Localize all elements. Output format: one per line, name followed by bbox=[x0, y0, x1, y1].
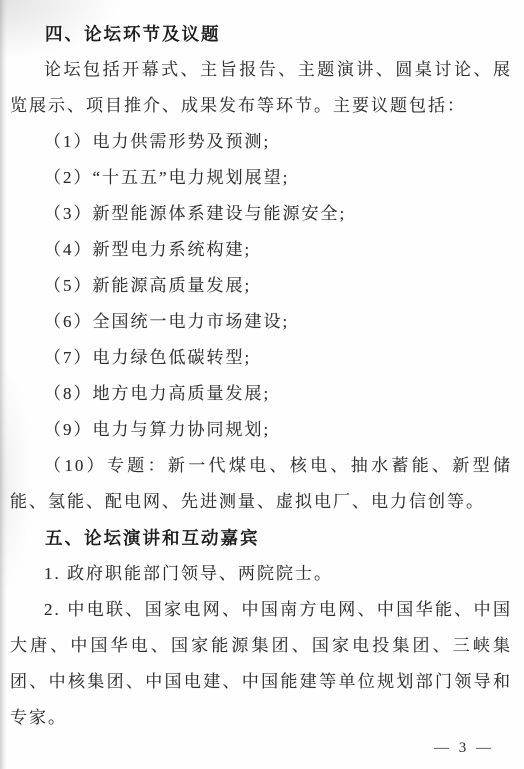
page-number: — 3 — bbox=[434, 740, 494, 757]
guest-item-1: 1. 政府职能部门领导、两院院士。 bbox=[10, 556, 512, 592]
topic-item-1: （1）电力供需形势及预测; bbox=[10, 124, 512, 160]
topic-item-9: （9）电力与算力协同规划; bbox=[10, 412, 512, 448]
section-heading-forum-guests: 五、论坛演讲和互动嘉宾 bbox=[10, 520, 512, 556]
topic-item-3: （3）新型能源体系建设与能源安全; bbox=[10, 196, 512, 232]
topic-item-6: （6）全国统一电力市场建设; bbox=[10, 304, 512, 340]
topic-item-7: （7）电力绿色低碳转型; bbox=[10, 340, 512, 376]
topic-item-2: （2）“十五五”电力规划展望; bbox=[10, 160, 512, 196]
guest-item-2: 2. 中电联、国家电网、中国南方电网、中国华能、中国大唐、中国华电、国家能源集团… bbox=[10, 592, 512, 736]
topic-item-10: （10）专题：新一代煤电、核电、抽水蓄能、新型储能、氢能、配电网、先进测量、虚拟… bbox=[10, 448, 512, 520]
section-heading-forum-topics: 四、论坛环节及议题 bbox=[10, 16, 512, 52]
topic-item-5: （5）新能源高质量发展; bbox=[10, 268, 512, 304]
topic-item-4: （4）新型电力系统构建; bbox=[10, 232, 512, 268]
topic-item-8: （8）地方电力高质量发展; bbox=[10, 376, 512, 412]
document-page: 四、论坛环节及议题 论坛包括开幕式、主旨报告、主题演讲、圆桌讨论、展览展示、项目… bbox=[0, 0, 524, 769]
scan-shadow-left bbox=[0, 0, 7, 769]
intro-paragraph: 论坛包括开幕式、主旨报告、主题演讲、圆桌讨论、展览展示、项目推介、成果发布等环节… bbox=[10, 52, 512, 124]
